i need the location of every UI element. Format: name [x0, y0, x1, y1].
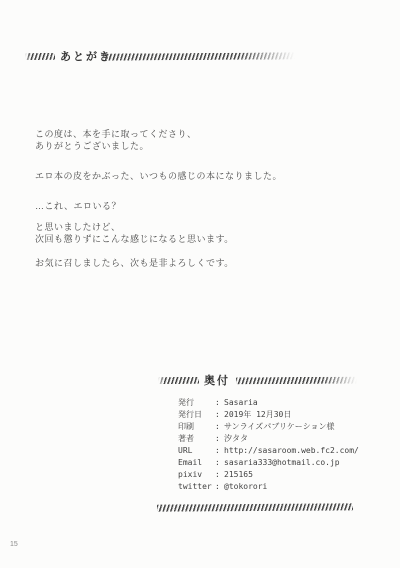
colophon-row: 発行日 : 2019年 12月30日 — [178, 409, 359, 421]
colophon-pixiv-value: 215165 — [224, 469, 253, 481]
colophon-row: pixiv : 215165 — [178, 469, 359, 481]
afterword-paragraph: エロ本の皮をかぶった、いつもの感じの本になりました。 — [35, 170, 282, 182]
colophon-separator: : — [215, 469, 224, 481]
colophon-label: 著者 — [178, 433, 215, 445]
colophon-header-left-hatch-decoration — [158, 377, 199, 384]
colophon-bottom-hatch-decoration — [157, 503, 353, 511]
colophon-header-right-hatch-decoration — [236, 377, 357, 385]
colophon-separator: : — [215, 457, 224, 469]
colophon-email-value: sasaria333@hotmail.co.jp — [224, 457, 340, 469]
colophon-twitter-value: @tokorori — [224, 481, 267, 493]
colophon-separator: : — [215, 433, 224, 445]
colophon-row: 印刷 : サンライズパブリケーション様 — [178, 421, 359, 433]
colophon-value: 汐タタ — [224, 433, 248, 445]
colophon-value: Sasaria — [224, 397, 258, 409]
colophon-value: 2019年 12月30日 — [224, 409, 291, 421]
page-number: 15 — [10, 541, 18, 548]
scanned-afterword-page: あとがき この度は、本を手に取ってくださり、 ありがとうございました。 エロ本の… — [0, 0, 400, 568]
colophon-separator: : — [215, 421, 224, 433]
colophon-row: twitter : @tokorori — [178, 481, 359, 493]
colophon-separator: : — [215, 409, 224, 421]
afterword-header-right-hatch-decoration — [103, 52, 295, 60]
afterword-header-left-hatch-decoration — [25, 53, 55, 60]
colophon-separator: : — [215, 445, 224, 457]
colophon-label: URL — [178, 445, 215, 457]
colophon-label: Email — [178, 457, 215, 469]
colophon-row: 著者 : 汐タタ — [178, 433, 359, 445]
colophon-label: 印刷 — [178, 421, 215, 433]
colophon-row: URL : http://sasaroom.web.fc2.com/ — [178, 445, 359, 457]
colophon-url-value: http://sasaroom.web.fc2.com/ — [224, 445, 359, 457]
colophon-separator: : — [215, 481, 224, 493]
colophon-value: サンライズパブリケーション様 — [224, 421, 334, 433]
afterword-paragraph: …これ、エロいる？ — [35, 200, 121, 212]
afterword-paragraph: と思いましたけど、 次回も懲りずにこんな感じになると思います。 — [35, 221, 234, 245]
colophon-label: twitter — [178, 481, 215, 493]
colophon-label: 発行日 — [178, 409, 215, 421]
colophon-label: 発行 — [178, 397, 215, 409]
colophon-row: 発行 : Sasaria — [178, 397, 359, 409]
colophon-label: pixiv — [178, 469, 215, 481]
colophon-separator: : — [215, 397, 224, 409]
colophon-title: 奥付 — [204, 372, 230, 388]
colophon-table: 発行 : Sasaria 発行日 : 2019年 12月30日 印刷 : サンラ… — [178, 397, 359, 493]
afterword-paragraph: お気に召しましたら、次も是非よろしくです。 — [35, 257, 234, 269]
afterword-paragraph: この度は、本を手に取ってくださり、 ありがとうございました。 — [35, 128, 197, 152]
colophon-row: Email : sasaria333@hotmail.co.jp — [178, 457, 359, 469]
